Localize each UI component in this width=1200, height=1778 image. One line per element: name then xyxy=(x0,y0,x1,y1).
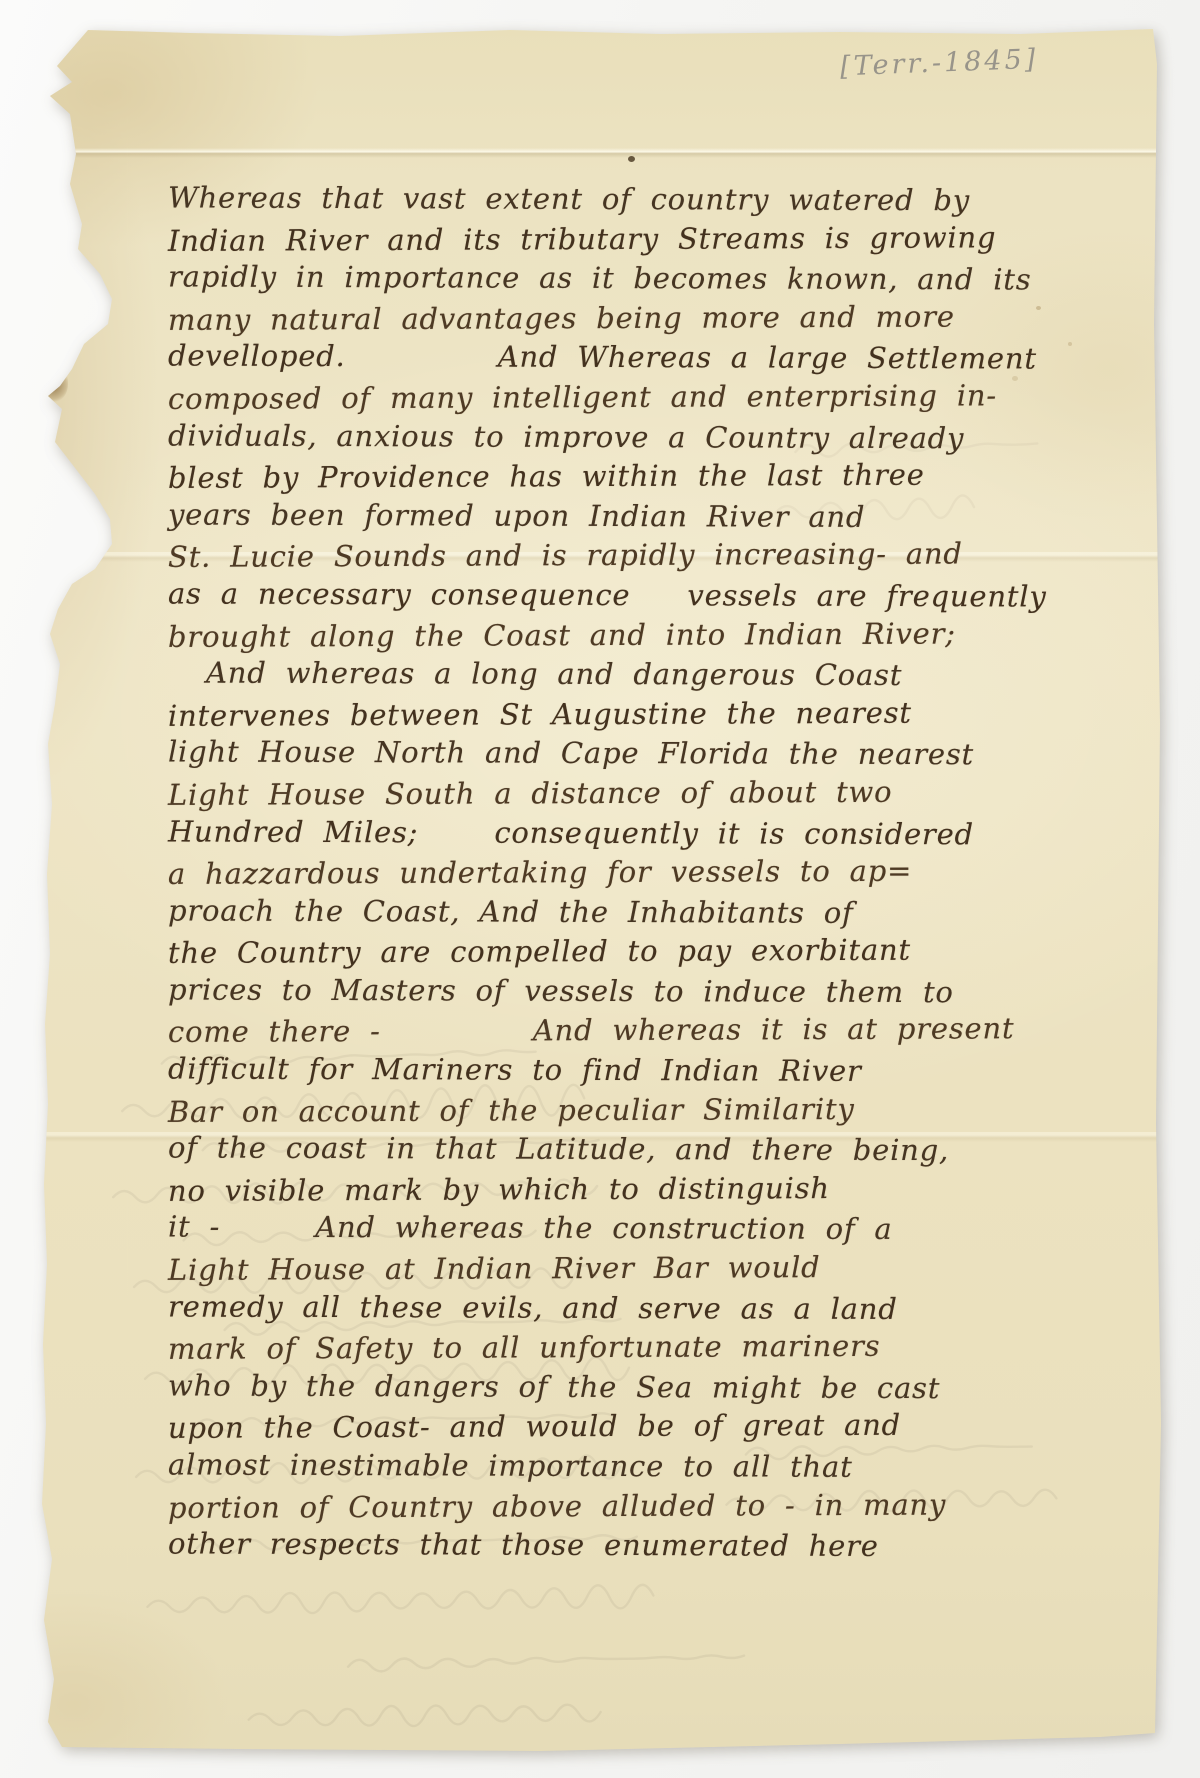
manuscript-line: proach the Coast, And the Inhabitants of xyxy=(168,891,1054,934)
manuscript-line: prices to Masters of vessels to induce t… xyxy=(168,970,1054,1013)
manuscript-line: blest by Providence has within the last … xyxy=(168,455,1054,498)
manuscript-line: a hazzardous undertaking for vessels to … xyxy=(168,851,1054,894)
manuscript-line: portion of Country above alluded to - in… xyxy=(168,1485,1054,1528)
manuscript-line: years been formed upon Indian River and xyxy=(168,495,1054,538)
manuscript-line: the Country are compelled to pay exorbit… xyxy=(168,930,1054,973)
manuscript-line: Hundred Miles; consequently it is consid… xyxy=(168,812,1054,855)
ink-speck xyxy=(628,156,635,162)
manuscript-line: remedy all these evils, and serve as a l… xyxy=(168,1287,1054,1330)
foxing-speck xyxy=(1068,342,1072,346)
manuscript-line: come there - And whereas it is at presen… xyxy=(168,1010,1054,1053)
manuscript-line: Light House at Indian River Bar would xyxy=(168,1247,1054,1290)
manuscript-line: intervenes between St Augustine the near… xyxy=(168,693,1054,736)
manuscript-line: Whereas that vast extent of country wate… xyxy=(168,178,1054,221)
manuscript-line: St. Lucie Sounds and is rapidly increasi… xyxy=(168,534,1054,577)
manuscript-line: as a necessary consequence vessels are f… xyxy=(168,574,1054,617)
archival-annotation: [Terr.-1845] xyxy=(840,41,1121,83)
manuscript-line: dividuals, anxious to improve a Country … xyxy=(168,416,1054,459)
manuscript-line: difficult for Mariners to find Indian Ri… xyxy=(168,1050,1054,1093)
manuscript-line: of the coast in that Latitude, and there… xyxy=(168,1129,1054,1172)
manuscript-line: it - And whereas the construction of a xyxy=(168,1208,1054,1251)
manuscript-line: upon the Coast- and would be of great an… xyxy=(168,1405,1054,1448)
manuscript-line: brought along the Coast and into Indian … xyxy=(168,614,1054,657)
manuscript-line: Indian River and its tributary Streams i… xyxy=(168,218,1054,261)
scan-background: [Terr.-1845] Whereas that vast extent of… xyxy=(0,0,1200,1778)
edge-stain xyxy=(42,368,68,402)
manuscript-line: Bar on account of the peculiar Similarit… xyxy=(168,1089,1054,1132)
manuscript-line: Light House South a distance of about tw… xyxy=(168,772,1054,815)
manuscript-line: rapidly in importance as it becomes know… xyxy=(168,258,1054,301)
manuscript-line: composed of many intelligent and enterpr… xyxy=(168,376,1054,419)
manuscript-line: light House North and Cape Florida the n… xyxy=(168,733,1054,776)
manuscript-line: And whereas a long and dangerous Coast xyxy=(168,654,1054,697)
manuscript-text-block: Whereas that vast extent of country wate… xyxy=(168,180,1054,1566)
manuscript-line: develloped. And Whereas a large Settleme… xyxy=(168,337,1054,380)
manuscript-line: mark of Safety to all unfortunate marine… xyxy=(168,1326,1054,1369)
manuscript-line: almost inestimable importance to all tha… xyxy=(168,1445,1054,1488)
manuscript-line: no visible mark by which to distinguish xyxy=(168,1168,1054,1211)
manuscript-line: who by the dangers of the Sea might be c… xyxy=(168,1366,1054,1409)
fold-crease xyxy=(40,148,1166,158)
manuscript-line: many natural advantages being more and m… xyxy=(168,297,1054,340)
manuscript-line: other respects that those enumerated her… xyxy=(168,1525,1054,1568)
manuscript-page: [Terr.-1845] Whereas that vast extent of… xyxy=(40,24,1166,1756)
